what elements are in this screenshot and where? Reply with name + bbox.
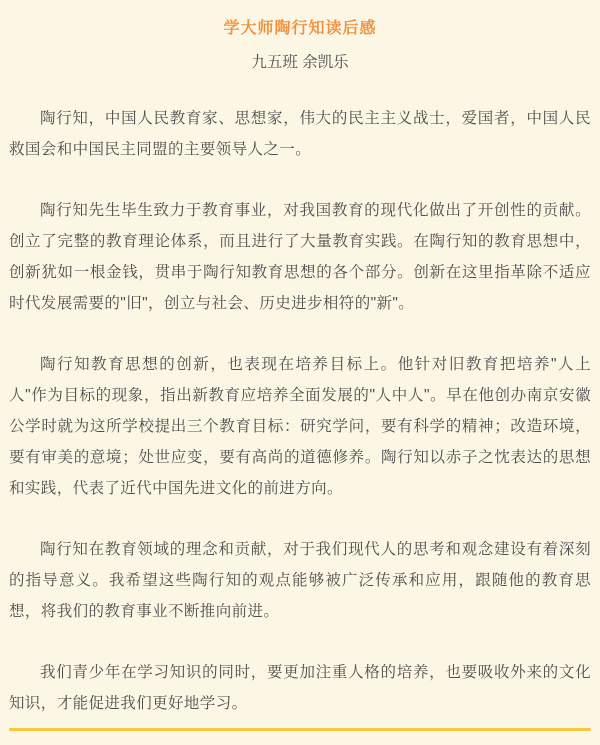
essay-paragraph: 陶行知先生毕生致力于教育事业，对我国教育的现代化做出了开创性的贡献。创立了完整的…	[9, 195, 591, 319]
essay-paragraph: 陶行知，中国人民教育家、思想家，伟大的民主主义战士，爱国者，中国人民救国会和中国…	[9, 103, 591, 165]
essay-page: 学大师陶行知读后感 九五班 余凯乐 陶行知，中国人民教育家、思想家，伟大的民主主…	[0, 0, 600, 745]
page-title: 学大师陶行知读后感	[9, 18, 591, 39]
essay-paragraph: 我们青少年在学习知识的同时，要更加注重人格的培养，也要吸收外来的文化知识，才能促…	[9, 657, 591, 719]
essay-paragraph: 陶行知在教育领域的理念和贡献，对于我们现代人的思考和观念建设有着深刻的指导意义。…	[9, 534, 591, 627]
essay-paragraph: 陶行知教育思想的创新，也表现在培养目标上。他针对旧教育把培养"人上人"作为目标的…	[9, 349, 591, 504]
essay-body: 陶行知，中国人民教育家、思想家，伟大的民主主义战士，爱国者，中国人民救国会和中国…	[9, 103, 591, 719]
bottom-divider	[9, 728, 591, 731]
byline: 九五班 余凯乐	[9, 52, 591, 73]
